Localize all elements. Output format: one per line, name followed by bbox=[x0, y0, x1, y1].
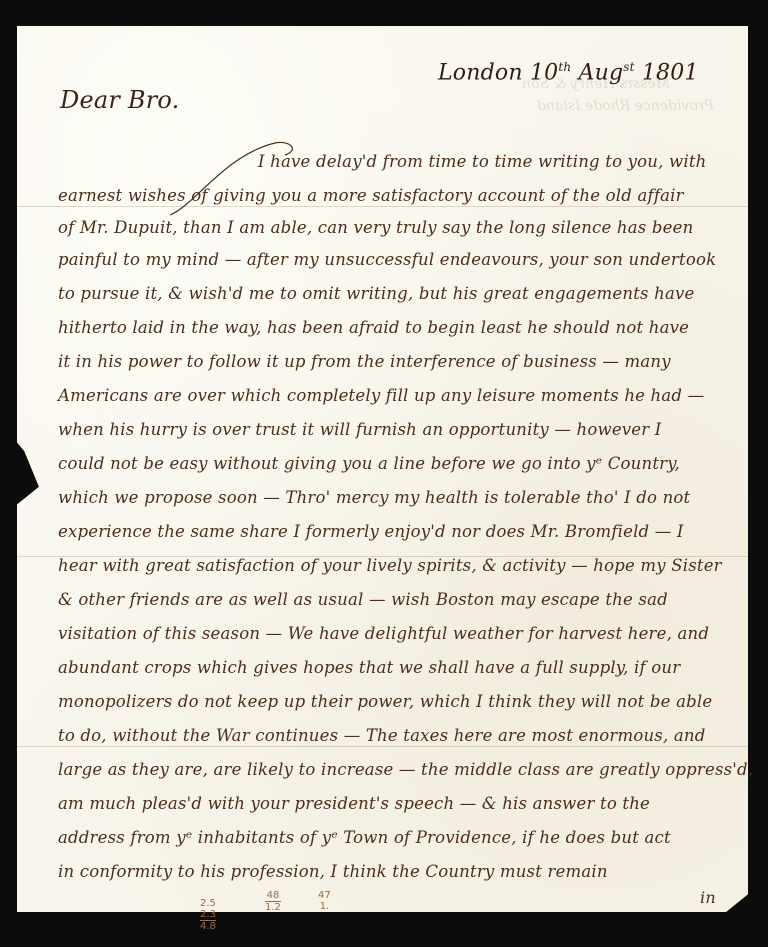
pencil-figure: 4.8 bbox=[200, 920, 216, 932]
letter-line-5: to pursue it, & wish'd me to omit writin… bbox=[58, 284, 694, 303]
day-superscript: th bbox=[558, 60, 571, 74]
letter-line-9: when his hurry is over trust it will fur… bbox=[58, 420, 662, 439]
letter-line-2: earnest wishes of giving you a more sati… bbox=[58, 186, 684, 205]
pencil-figure: 48 bbox=[265, 890, 281, 901]
letter-line-10: could not be easy without giving you a l… bbox=[58, 454, 680, 473]
pencil-figure: 47 bbox=[318, 890, 331, 901]
letter-line-16: abundant crops which gives hopes that we… bbox=[58, 658, 680, 677]
fold-crease bbox=[17, 206, 748, 207]
year: 1801 bbox=[642, 60, 699, 85]
letter-line-14: & other friends are as well as usual — w… bbox=[58, 590, 668, 609]
letter-line-13: hear with great satisfaction of your liv… bbox=[58, 556, 722, 575]
letter-line-3: of Mr. Dupuit, than I am able, can very … bbox=[58, 218, 693, 237]
letter-line-15: visitation of this season — We have deli… bbox=[58, 624, 709, 643]
letter-line-21: address from yᵉ inhabitants of yᵉ Town o… bbox=[58, 828, 671, 847]
flourish-icon bbox=[165, 135, 305, 220]
letter-line-19: large as they are, are likely to increas… bbox=[58, 760, 753, 779]
month: Aug bbox=[579, 60, 624, 85]
letter-line-17: monopolizers do not keep up their power,… bbox=[58, 692, 712, 711]
pencil-figure: 2.3 bbox=[200, 909, 216, 920]
catchword: in bbox=[700, 888, 716, 907]
letter-line-12: experience the same share I formerly enj… bbox=[58, 522, 684, 541]
letter-line-4: painful to my mind — after my unsuccessf… bbox=[58, 250, 716, 269]
scan-background: Messrs Henry & Son Providence Rhode Isla… bbox=[0, 0, 768, 947]
pencil-figure: 2.5 bbox=[200, 898, 216, 909]
pencil-figure: 1. bbox=[318, 901, 331, 912]
letter-line-18: to do, without the War continues — The t… bbox=[58, 726, 705, 745]
letter-line-11: which we propose soon — Thro' mercy my h… bbox=[58, 488, 690, 507]
letter-line-20: am much pleas'd with your president's sp… bbox=[58, 794, 650, 813]
pencil-calculation: 48 1.2 bbox=[265, 890, 281, 913]
month-superscript: st bbox=[623, 60, 634, 74]
bleed-through-text: Providence Rhode Island bbox=[537, 98, 714, 114]
salutation: Dear Bro. bbox=[60, 86, 179, 114]
pencil-calculation: 2.5 2.3 4.8 bbox=[200, 898, 216, 932]
letter-line-8: Americans are over which completely fill… bbox=[58, 386, 704, 405]
pencil-figure: 1.2 bbox=[265, 901, 281, 913]
letter-dateline: London 10th Augst 1801 bbox=[438, 60, 699, 85]
day: 10 bbox=[530, 60, 558, 85]
pencil-calculation: 47 1. bbox=[318, 890, 331, 912]
fold-crease bbox=[17, 746, 748, 747]
letter-line-7: it in his power to follow it up from the… bbox=[58, 352, 671, 371]
letter-line-1: I have delay'd from time to time writing… bbox=[258, 152, 707, 171]
letter-line-22: in conformity to his profession, I think… bbox=[58, 862, 608, 881]
letter-line-6: hitherto laid in the way, has been afrai… bbox=[58, 318, 689, 337]
place: London bbox=[438, 60, 523, 85]
